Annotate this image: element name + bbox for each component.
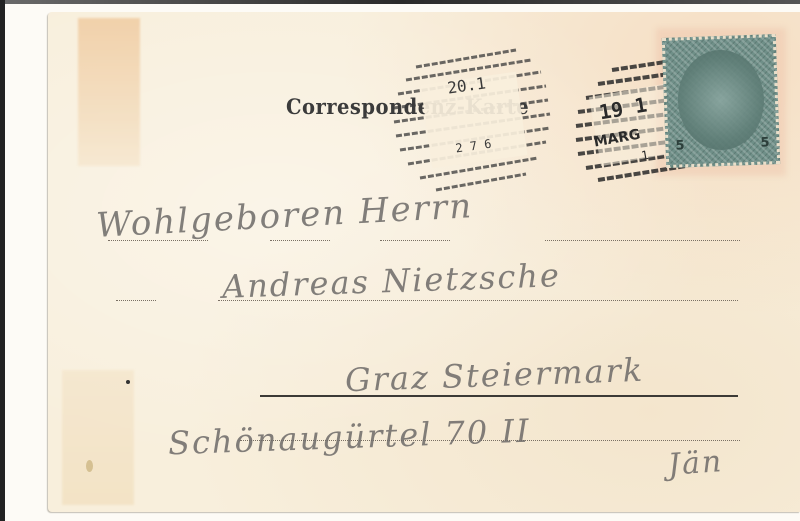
postage-stamp: 5 5 bbox=[662, 34, 780, 168]
stain-spot bbox=[86, 460, 93, 472]
glue-stain-top bbox=[78, 18, 140, 166]
address-rule-2 bbox=[116, 300, 156, 301]
postmark-1: 20.1 2 7 6 bbox=[386, 42, 556, 202]
scan-edge-left bbox=[0, 0, 5, 521]
address-rule-3 bbox=[260, 395, 738, 397]
stamp-value-bottom-left: 5 bbox=[675, 138, 685, 153]
scan-edge-top bbox=[0, 0, 800, 4]
ink-spot bbox=[126, 380, 130, 384]
address-rule-1c bbox=[380, 240, 450, 241]
address-rule-1d bbox=[545, 240, 740, 241]
handwriting-line-5: Jän bbox=[667, 444, 725, 483]
address-rule-1b bbox=[270, 240, 330, 241]
glue-stain-bottom bbox=[62, 370, 134, 505]
stamp-value-bottom-right: 5 bbox=[760, 135, 770, 150]
